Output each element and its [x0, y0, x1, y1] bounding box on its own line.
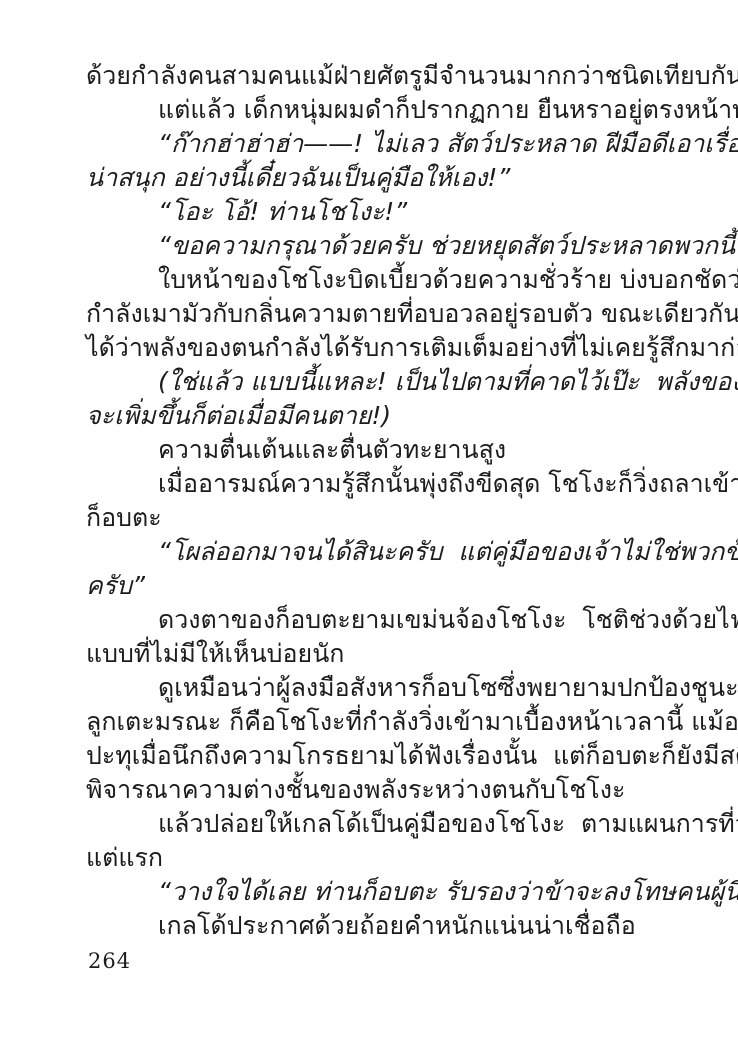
text-line-8: กำลังเมามัวกับกลิ่นความตายที่อบอวลอยู่รอ… [86, 297, 654, 331]
text-line-10: (ใช่แล้ว แบบนี้แหละ! เป็นไปตามที่คาดไว้เ… [86, 365, 654, 399]
text-line-16: ครับ” [86, 569, 654, 603]
text-line-6: “ขอความกรุณาด้วยครับ ช่วยหยุดสัตว์ประหลา… [86, 229, 654, 263]
page-number: 264 [88, 949, 131, 973]
text-line-14: ก็อบตะ [86, 501, 654, 535]
text-line-12: ความตื่นเต้นและตื่นตัวทะยานสูง [86, 433, 654, 467]
text-line-7: ใบหน้าของโชโงะบิดเบี้ยวด้วยความชั่วร้าย … [86, 263, 654, 297]
text-line-4: น่าสนุก อย่างนี้เดี๋ยวฉันเป็นคู่มือให้เอ… [86, 161, 654, 195]
book-page: ด้วยกำลังคนสามคนแม้ฝ่ายศัตรูมีจำนวนมากกว… [0, 0, 738, 1051]
text-line-1: ด้วยกำลังคนสามคนแม้ฝ่ายศัตรูมีจำนวนมากกว… [86, 59, 654, 93]
text-line-13: เมื่ออารมณ์ความรู้สึกนั้นพุ่งถึงขีดสุด โ… [86, 467, 654, 501]
text-line-18: แบบที่ไม่มีให้เห็นบ่อยนัก [86, 637, 654, 671]
text-line-17: ดวงตาของก็อบตะยามเขม่นจ้องโชโงะ โชติช่วง… [86, 603, 654, 637]
body-text: ด้วยกำลังคนสามคนแม้ฝ่ายศัตรูมีจำนวนมากกว… [86, 59, 654, 943]
text-line-22: พิจารณาความต่างชั้นของพลังระหว่างตนกับโช… [86, 773, 654, 807]
text-line-20: ลูกเตะมรณะ ก็คือโชโงะที่กำลังวิ่งเข้ามาเ… [86, 705, 654, 739]
text-line-5: “โอะ โอ้! ท่านโชโงะ!” [86, 195, 654, 229]
text-line-26: เกลโด้ประกาศด้วยถ้อยคำหนักแน่นน่าเชื่อถื… [86, 909, 654, 943]
text-line-25: “วางใจได้เลย ท่านก็อบตะ รับรองว่าข้าจะลง… [86, 875, 654, 909]
text-line-21: ปะทุเมื่อนึกถึงความโกรธยามได้ฟังเรื่องนั… [86, 739, 654, 773]
text-line-9: ได้ว่าพลังของตนกำลังได้รับการเติมเต็มอย่… [86, 331, 654, 365]
text-line-3: “ก๊ากฮ่าฮ่าฮ่า——! ไม่เลว สัตว์ประหลาด ฝี… [86, 127, 654, 161]
text-line-2: แต่แล้ว เด็กหนุ่มผมดำก็ปรากฏกาย ยืนหราอย… [86, 93, 654, 127]
text-line-24: แต่แรก [86, 841, 654, 875]
text-line-23: แล้วปล่อยให้เกลโด้เป็นคู่มือของโชโงะ ตาม… [86, 807, 654, 841]
text-line-11: จะเพิ่มขึ้นก็ต่อเมื่อมีคนตาย!) [86, 399, 654, 433]
text-line-15: “โผล่ออกมาจนได้สินะครับ แต่คู่มือของเจ้า… [86, 535, 654, 569]
text-line-19: ดูเหมือนว่าผู้ลงมือสังหารก็อบโซซึ่งพยายา… [86, 671, 654, 705]
